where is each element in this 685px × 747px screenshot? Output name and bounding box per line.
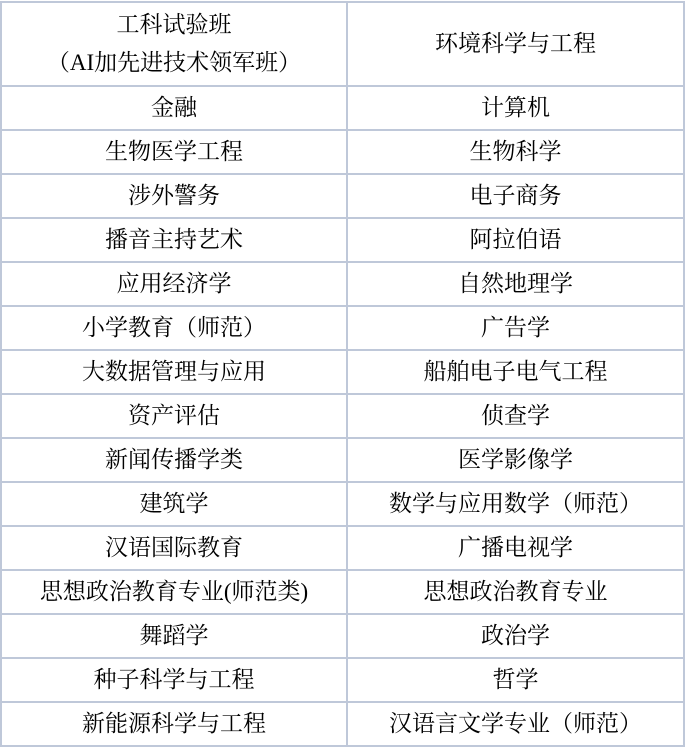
- table-cell-left: 工科试验班 （AI加先进技术领军班）: [2, 3, 348, 85]
- table-cell-right: 医学影像学: [348, 439, 683, 481]
- table-row: 工科试验班 （AI加先进技术领军班）环境科学与工程: [2, 3, 683, 87]
- table-row: 播音主持艺术阿拉伯语: [2, 219, 683, 263]
- table-cell-left: 涉外警务: [2, 175, 348, 217]
- table-cell-left: 新闻传播学类: [2, 439, 348, 481]
- table-cell-right: 生物科学: [348, 131, 683, 173]
- table-row: 新闻传播学类医学影像学: [2, 439, 683, 483]
- table-cell-right: 计算机: [348, 87, 683, 129]
- table-row: 资产评估侦查学: [2, 395, 683, 439]
- table-cell-left: 金融: [2, 87, 348, 129]
- table-row: 建筑学数学与应用数学（师范）: [2, 483, 683, 527]
- table-cell-left: 播音主持艺术: [2, 219, 348, 261]
- table-row: 种子科学与工程哲学: [2, 659, 683, 703]
- table-cell-right: 哲学: [348, 659, 683, 701]
- table-row: 金融计算机: [2, 87, 683, 131]
- table-row: 小学教育（师范）广告学: [2, 307, 683, 351]
- table-cell-left: 新能源科学与工程: [2, 703, 348, 745]
- table-cell-right: 政治学: [348, 615, 683, 657]
- table-row: 汉语国际教育广播电视学: [2, 527, 683, 571]
- table-cell-right: 汉语言文学专业（师范）: [348, 703, 683, 745]
- table-row: 涉外警务电子商务: [2, 175, 683, 219]
- table-row: 大数据管理与应用船舶电子电气工程: [2, 351, 683, 395]
- table-cell-right: 船舶电子电气工程: [348, 351, 683, 393]
- table-row: 舞蹈学政治学: [2, 615, 683, 659]
- table-cell-left: 生物医学工程: [2, 131, 348, 173]
- table-cell-right: 侦查学: [348, 395, 683, 437]
- table-cell-left: 应用经济学: [2, 263, 348, 305]
- table-cell-left: 种子科学与工程: [2, 659, 348, 701]
- table-cell-right: 自然地理学: [348, 263, 683, 305]
- table-cell-left: 舞蹈学: [2, 615, 348, 657]
- table-cell-left: 大数据管理与应用: [2, 351, 348, 393]
- table-cell-left: 建筑学: [2, 483, 348, 525]
- table-cell-left: 思想政治教育专业(师范类): [2, 571, 348, 613]
- table-cell-right: 广告学: [348, 307, 683, 349]
- table-row: 新能源科学与工程汉语言文学专业（师范）: [2, 703, 683, 745]
- table-cell-left: 资产评估: [2, 395, 348, 437]
- table-cell-left: 汉语国际教育: [2, 527, 348, 569]
- majors-comparison-table: 工科试验班 （AI加先进技术领军班）环境科学与工程金融计算机生物医学工程生物科学…: [0, 1, 685, 747]
- table-cell-right: 思想政治教育专业: [348, 571, 683, 613]
- table-row: 应用经济学自然地理学: [2, 263, 683, 307]
- table-cell-right: 广播电视学: [348, 527, 683, 569]
- table-row: 生物医学工程生物科学: [2, 131, 683, 175]
- table-cell-right: 阿拉伯语: [348, 219, 683, 261]
- table-cell-right: 电子商务: [348, 175, 683, 217]
- table-cell-left: 小学教育（师范）: [2, 307, 348, 349]
- table-cell-right: 环境科学与工程: [348, 3, 683, 85]
- table-row: 思想政治教育专业(师范类)思想政治教育专业: [2, 571, 683, 615]
- table-cell-right: 数学与应用数学（师范）: [348, 483, 683, 525]
